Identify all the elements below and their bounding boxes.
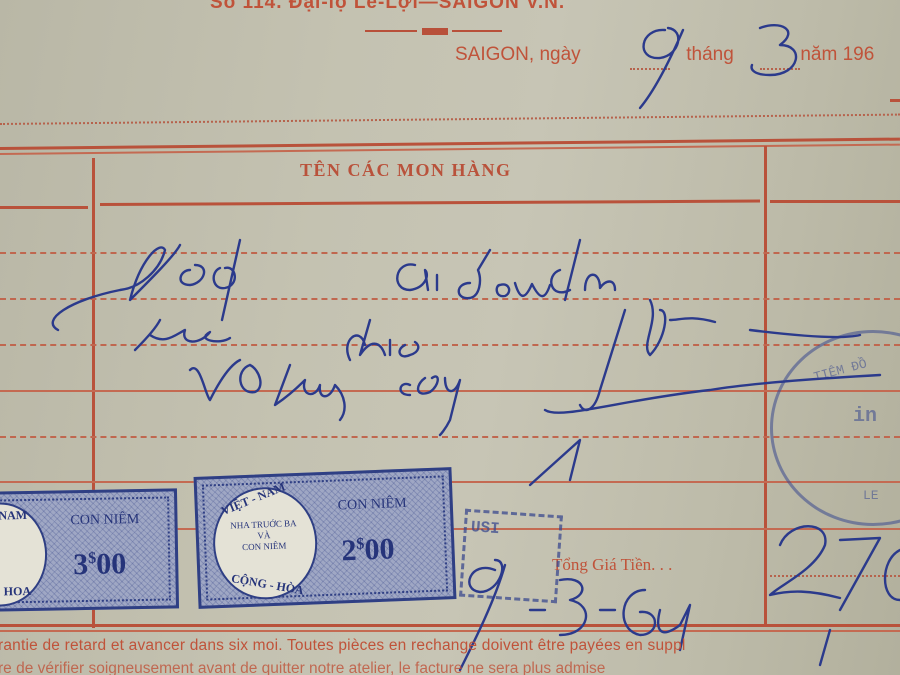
terms-line-2: re de vérifier soigneusement avant de qu…	[0, 660, 605, 675]
handwriting-ink	[0, 0, 900, 675]
terms-line-1: rantie de retard et avancer dans six moi…	[0, 637, 686, 655]
invoice-document: Số 114. Đại-lộ Lê-Lợi—SAIGON V.N. SAIGON…	[0, 0, 900, 675]
